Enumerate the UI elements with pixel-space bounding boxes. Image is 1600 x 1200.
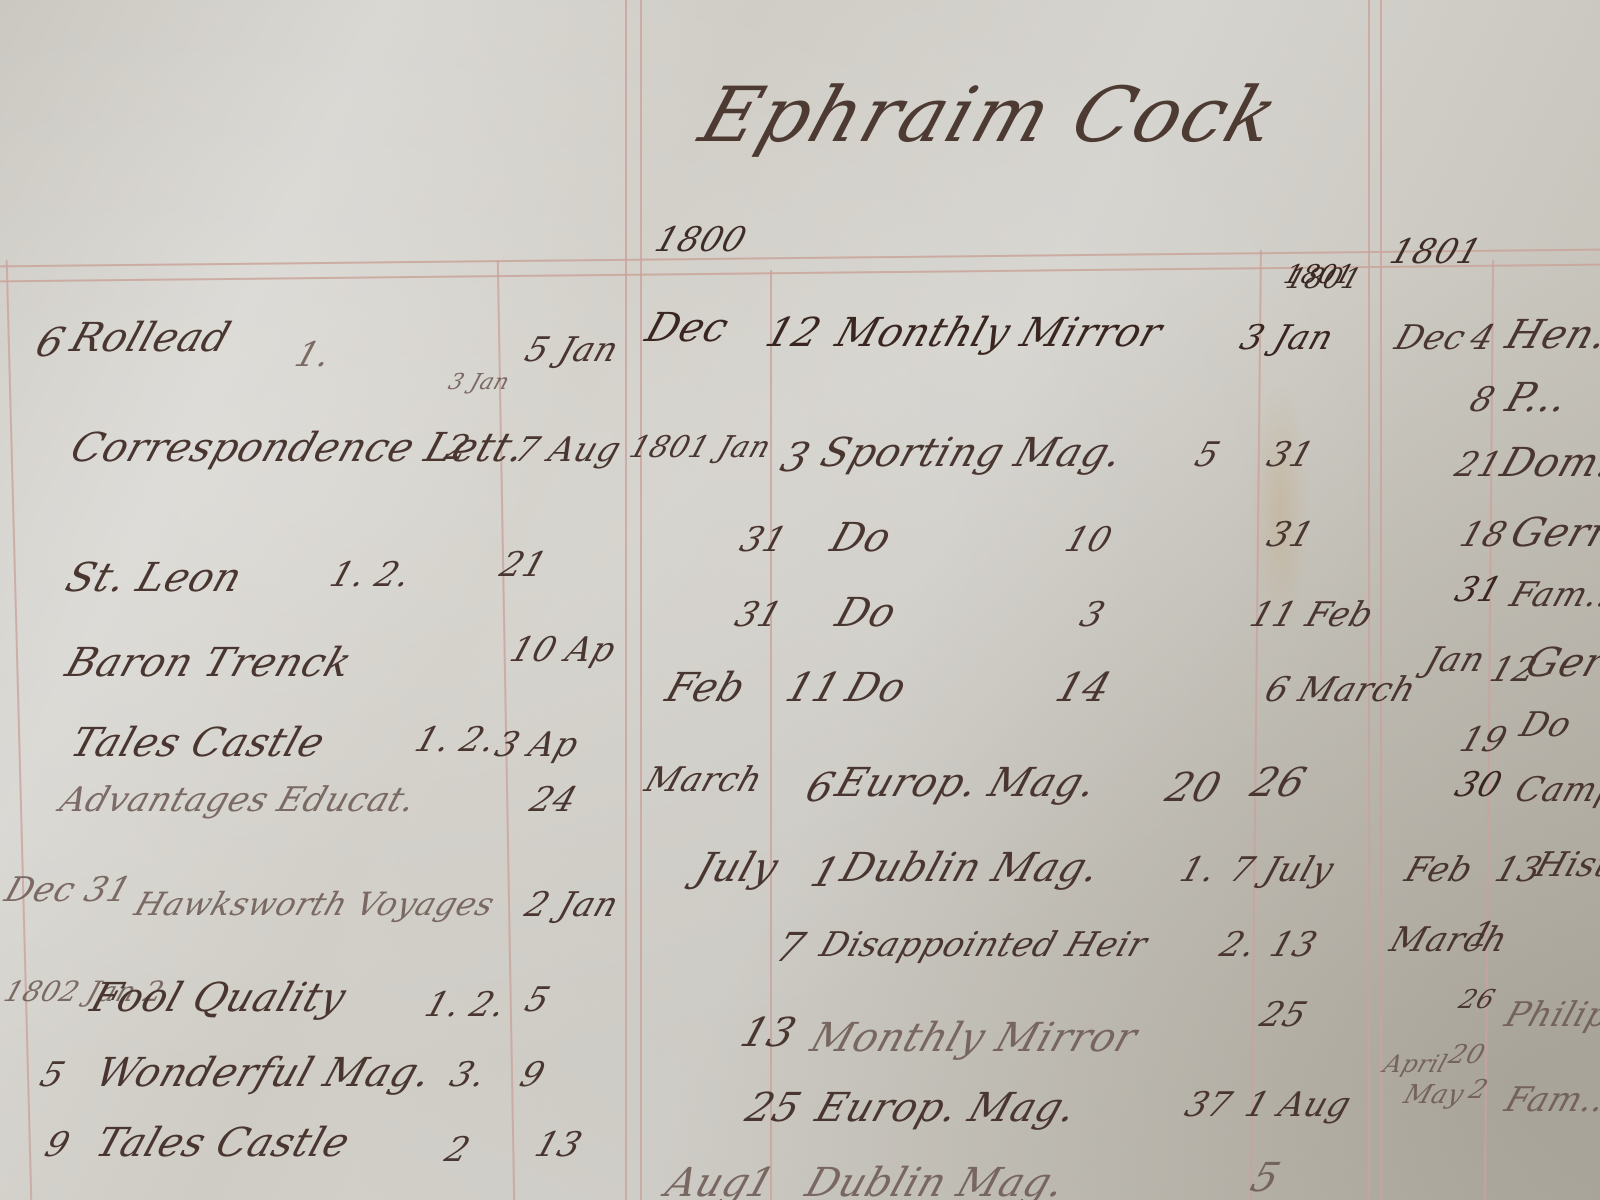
entry-day: 18 [1455,515,1512,555]
entry-day: 19 [1455,720,1512,760]
entry-title: Fam... [1500,1080,1600,1120]
entry-title: Baron Trenck [60,640,358,686]
entry-title: Tales Castle [65,720,331,766]
column-rule [640,0,642,1200]
account-holder-name: Ephraim Cock [690,70,1291,159]
entry-return: 11 Feb [1245,595,1379,635]
entry-return: 1 Aug [1240,1085,1356,1125]
entry-title: Fam... [1505,575,1600,615]
entry-volume: 1. [290,335,336,375]
entry-return: 25 [1255,995,1312,1035]
entry-date: Dec 31 [0,870,136,910]
column-rule [6,260,33,1200]
entry-month: Dec [1390,318,1471,358]
column-rule [770,270,772,1200]
entry-title: Do [1515,705,1577,745]
entry-title: Disappointed Heir [815,925,1152,965]
entry-volume: 3 [1075,595,1110,635]
entry-return: 5 Jan [520,330,624,370]
entry-title: Do [830,590,902,636]
column-rule [625,0,627,1200]
entry-volume: 37 [1180,1085,1237,1125]
entry-return: 7 July [1225,850,1339,890]
entry-title: Dom... [1495,440,1600,486]
entry-date: 9 [40,1125,75,1165]
entry-title: P... [1500,375,1574,421]
entry-day: 3 [775,435,816,481]
entry-month: July [690,845,784,891]
entry-month: Feb [660,665,751,711]
return-year: 1801 [1280,260,1358,290]
entry-title: Fool Quality [85,975,352,1021]
entry-volume: 1. 2. [325,555,416,595]
entry-title: Do [840,665,912,711]
entry-title: Dublin Mag. [835,845,1106,891]
entry-day: 7 [770,925,811,971]
entry-title: Europ. Mag. [810,1085,1083,1131]
entry-title: Philip... [1500,995,1600,1035]
entry-day: 31 [735,520,792,560]
entry-day: 31 [730,595,787,635]
entry-month: Aug [660,1160,757,1200]
entry-day: 30 [1450,765,1507,805]
entry-title: Monthly Mirror [805,1015,1143,1061]
entry-day: 31 [1450,570,1507,610]
entry-return: 10 Ap [505,630,621,670]
entry-title: Monthly Mirror [830,310,1168,356]
entry-volume: 1. 2. [420,985,511,1025]
entry-title: Germ... [1505,510,1600,556]
entry-return: 6 March [1260,670,1421,710]
entry-return: 13 [1265,925,1322,965]
entry-day: 2 [1465,1075,1492,1105]
entry-title: St. Leon [60,555,248,601]
year-label: 1800 [650,220,752,260]
entry-month: May [1400,1080,1468,1110]
entry-day: 4 [1465,318,1500,358]
entry-return: 5 [520,980,555,1020]
entry-volume: 3. [445,1055,491,1095]
entry-month: Dec [640,305,735,351]
entry-return: 13 [530,1125,587,1165]
entry-volume: 1. 2. [410,720,501,760]
entry-volume: 20 [1160,765,1227,811]
entry-title: Sporting Mag. [815,430,1129,476]
entry-title: Hen... [1500,312,1600,358]
entry-title: Tales Castle [90,1120,356,1166]
entry-month: Jan [1420,640,1490,680]
entry-day: 26 [1455,985,1499,1015]
entry-volume: 14 [1050,665,1117,711]
entry-title: Europ. Mag. [830,760,1103,806]
entry-title: Camp... [1510,770,1600,810]
entry-month: March [640,760,768,800]
entry-day: 20 [1445,1040,1489,1070]
entry-day: 13 [735,1010,802,1056]
entry-return: 24 [525,780,582,820]
entry-return: 3 Ap [490,725,584,765]
entry-volume: 10 [1060,520,1117,560]
entry-title: Hist... [1530,845,1600,885]
entry-title: Dublin Mag. [800,1160,1071,1200]
entry-day: 11 [780,665,847,711]
entry-month: April [1380,1050,1451,1078]
entry-return: 2 Jan [520,885,624,925]
entry-return: 7 Aug [510,430,626,470]
entry-title: Rollead [65,315,236,361]
entry-return: 3 Jan [1235,318,1339,358]
entry-volume: 5 [1190,435,1225,475]
entry-month: 1801 Jan [625,430,775,465]
entry-title: Do [825,515,897,561]
entry-day: 25 [740,1085,807,1131]
entry-date: 5 [35,1055,70,1095]
entry-title: Advantages Educat. [55,780,421,820]
ledger-page: Ephraim Cock 1800 1801 1801 6 Rollead 1.… [0,0,1600,1200]
column-rule [1380,0,1382,1200]
entry-day: 8 [1465,380,1500,420]
year-label: 1801 [1385,232,1487,272]
entry-note: 3 Jan [445,370,513,395]
entry-title: Wonderful Mag. [90,1050,438,1096]
entry-volume: 1. [1175,850,1221,890]
entry-volume: 2 [440,1130,475,1170]
entry-month: Feb [1400,850,1478,890]
entry-title: Hawksworth Voyages [130,885,500,923]
entry-return: 9 [515,1055,550,1095]
entry-title: Germ... [1520,640,1600,686]
